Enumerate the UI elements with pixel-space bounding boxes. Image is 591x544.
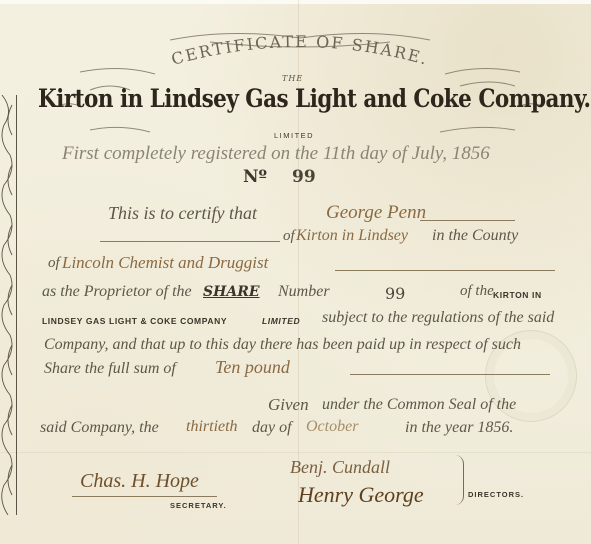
year-text: in the year 1856.	[405, 419, 513, 437]
holder-name: George Penn	[326, 202, 426, 224]
of-prefix: of	[283, 228, 295, 245]
said-company: said Company, the	[40, 419, 159, 437]
holder-occupation: Lincoln Chemist and Druggist	[62, 253, 268, 273]
number-word: Number	[278, 283, 330, 301]
county-prefix: of	[48, 255, 60, 272]
the-label: THE	[282, 74, 303, 83]
director-1-signature: Benj. Cundall	[290, 457, 390, 478]
directors-label: DIRECTORS.	[468, 490, 524, 499]
given-word: Given	[268, 395, 309, 415]
share-number: 99	[385, 284, 405, 303]
scrollwork-icon	[0, 95, 16, 515]
limited-italic: LIMITED	[262, 316, 300, 326]
sum-value: Ten pound	[215, 357, 290, 378]
directors-brace	[455, 455, 464, 505]
certify-prefix: This is to certify that	[108, 203, 257, 224]
signature-line	[72, 496, 217, 497]
subject-text: subject to the regulations of the said	[322, 309, 554, 327]
certificate-number: 99	[292, 167, 316, 187]
horizontal-fold-crease	[0, 452, 591, 453]
company-name: Kirton in Lindsey Gas Light and Coke Com…	[38, 84, 590, 113]
registration-line: First completely registered on the 11th …	[62, 143, 490, 165]
company-caps-1: KIRTON IN	[493, 290, 542, 300]
paper-top-edge	[0, 0, 591, 4]
company-caps-2: LINDSEY GAS LIGHT & COKE COMPANY	[42, 316, 227, 326]
sum-prefix: Share the full sum of	[44, 360, 176, 378]
fill-line	[100, 241, 280, 242]
proprietor-prefix: as the Proprietor of the	[42, 283, 192, 301]
day-value: thirtieth	[186, 418, 238, 436]
county-suffix: in the County	[432, 227, 518, 245]
month-value: October	[306, 418, 358, 436]
paid-text: Company, and that up to this day there h…	[44, 336, 521, 354]
day-of: day of	[252, 419, 292, 437]
of-the: of the	[460, 283, 494, 300]
secretary-signature: Chas. H. Hope	[80, 470, 199, 493]
fill-line	[420, 220, 515, 221]
director-2-signature: Henry George	[298, 482, 424, 508]
number-label: Nº	[243, 167, 267, 187]
seal-text: under the Common Seal of the	[322, 396, 516, 414]
share-word: SHARE	[203, 284, 260, 300]
fill-line	[350, 374, 550, 375]
svg-text:CERTIFICATE OF SHARE.: CERTIFICATE OF SHARE.	[169, 32, 431, 69]
fill-line	[335, 270, 555, 271]
ornamental-left-border	[0, 95, 17, 515]
secretary-label: SECRETARY.	[170, 501, 227, 510]
holder-place: Kirton in Lindsey	[296, 227, 408, 245]
certificate-heading: CERTIFICATE OF SHARE.	[150, 30, 450, 70]
limited-label: LIMITED	[274, 131, 314, 140]
